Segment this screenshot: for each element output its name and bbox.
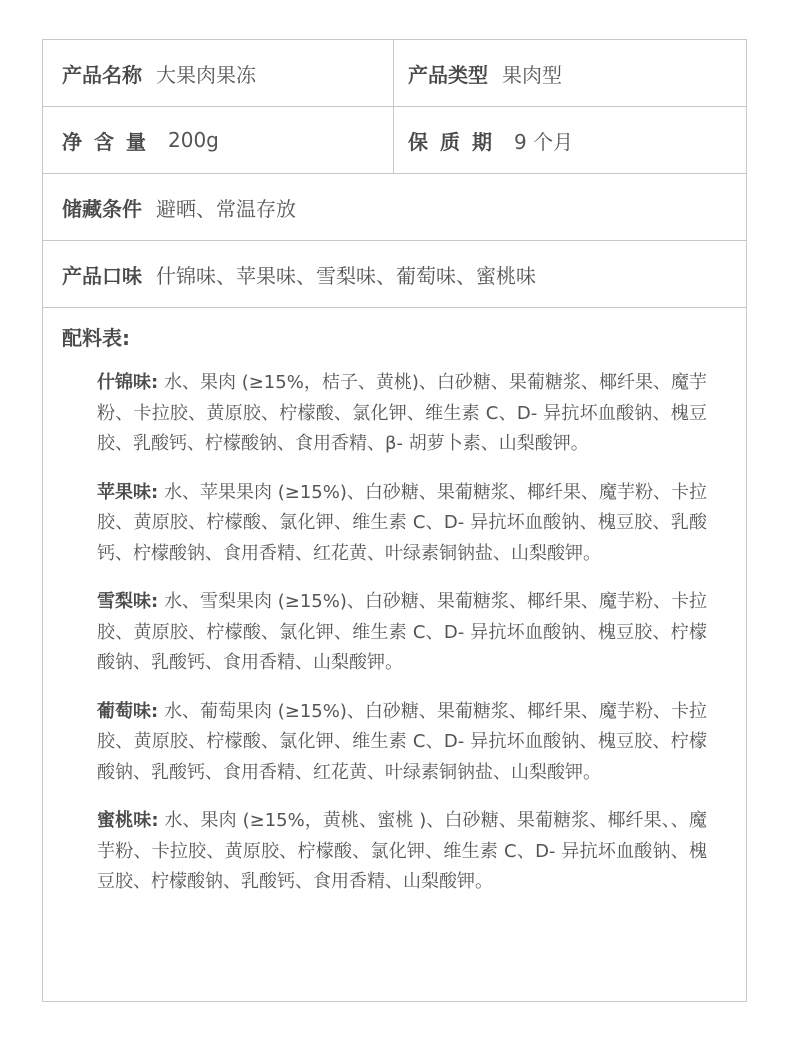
spec-row-flavors: 产品口味 什锦味、苹果味、雪梨味、葡萄味、蜜桃味 <box>43 241 746 308</box>
product-name-label: 产品名称 <box>62 59 142 88</box>
product-type-cell: 产品类型 果肉型 <box>394 40 746 106</box>
product-type-value: 果肉型 <box>502 59 562 88</box>
flavor-ingredients-text: 水、果肉 (≥15%，桔子、黄桃)、白砂糖、果葡糖浆、椰纤果、魔芋粉、卡拉胶、黄… <box>97 372 707 454</box>
product-spec-table: 产品名称 大果肉果冻 产品类型 果肉型 净含量 200g 保质期 9 个月 储藏… <box>42 39 747 1002</box>
flavors-cell: 产品口味 什锦味、苹果味、雪梨味、葡萄味、蜜桃味 <box>43 241 746 307</box>
flavor-name: 葡萄味: <box>97 701 158 722</box>
flavor-name: 什锦味: <box>97 372 158 393</box>
ingredient-item-apple: 苹果味: 水、苹果果肉 (≥15%)、白砂糖、果葡糖浆、椰纤果、魔芋粉、卡拉胶、… <box>97 478 707 570</box>
flavor-name: 蜜桃味: <box>97 810 159 831</box>
product-name-cell: 产品名称 大果肉果冻 <box>43 40 394 106</box>
flavor-ingredients-text: 水、苹果果肉 (≥15%)、白砂糖、果葡糖浆、椰纤果、魔芋粉、卡拉胶、黄原胶、柠… <box>97 482 707 564</box>
product-type-label: 产品类型 <box>408 59 488 88</box>
net-content-value: 200g <box>168 128 219 152</box>
storage-cell: 储藏条件 避晒、常温存放 <box>43 174 746 240</box>
flavors-value: 什锦味、苹果味、雪梨味、葡萄味、蜜桃味 <box>156 260 536 289</box>
flavor-ingredients-text: 水、雪梨果肉 (≥15%)、白砂糖、果葡糖浆、椰纤果、魔芋粉、卡拉胶、黄原胶、柠… <box>97 591 707 673</box>
shelf-life-cell: 保质期 9 个月 <box>394 107 746 173</box>
spec-row-storage: 储藏条件 避晒、常温存放 <box>43 174 746 241</box>
product-name-value: 大果肉果冻 <box>156 59 256 88</box>
net-content-label: 净含量 <box>62 126 158 155</box>
flavor-ingredients-text: 水、葡萄果肉 (≥15%)、白砂糖、果葡糖浆、椰纤果、魔芋粉、卡拉胶、黄原胶、柠… <box>97 701 707 783</box>
ingredients-flavor-list: 什锦味: 水、果肉 (≥15%，桔子、黄桃)、白砂糖、果葡糖浆、椰纤果、魔芋粉、… <box>97 368 707 907</box>
ingredient-item-assorted: 什锦味: 水、果肉 (≥15%，桔子、黄桃)、白砂糖、果葡糖浆、椰纤果、魔芋粉、… <box>97 368 707 460</box>
storage-value: 避晒、常温存放 <box>156 193 296 222</box>
spec-row-name-type: 产品名称 大果肉果冻 产品类型 果肉型 <box>43 40 746 107</box>
ingredients-title: 配料表: <box>62 322 130 351</box>
flavor-name: 苹果味: <box>97 482 158 503</box>
shelf-life-label: 保质期 <box>408 126 504 155</box>
flavors-label: 产品口味 <box>62 260 142 289</box>
ingredients-section: 配料表: 什锦味: 水、果肉 (≥15%，桔子、黄桃)、白砂糖、果葡糖浆、椰纤果… <box>43 308 746 1001</box>
storage-label: 储藏条件 <box>62 193 142 222</box>
flavor-ingredients-text: 水、果肉 (≥15%，黄桃、蜜桃 )、白砂糖、果葡糖浆、椰纤果、、魔芋粉、卡拉胶… <box>97 810 707 892</box>
shelf-life-value: 9 个月 <box>514 126 573 155</box>
flavor-name: 雪梨味: <box>97 591 158 612</box>
ingredient-item-pear: 雪梨味: 水、雪梨果肉 (≥15%)、白砂糖、果葡糖浆、椰纤果、魔芋粉、卡拉胶、… <box>97 587 707 679</box>
spec-row-content-shelf: 净含量 200g 保质期 9 个月 <box>43 107 746 174</box>
net-content-cell: 净含量 200g <box>43 107 394 173</box>
ingredient-item-grape: 葡萄味: 水、葡萄果肉 (≥15%)、白砂糖、果葡糖浆、椰纤果、魔芋粉、卡拉胶、… <box>97 697 707 789</box>
ingredient-item-peach: 蜜桃味: 水、果肉 (≥15%，黄桃、蜜桃 )、白砂糖、果葡糖浆、椰纤果、、魔芋… <box>97 806 707 898</box>
